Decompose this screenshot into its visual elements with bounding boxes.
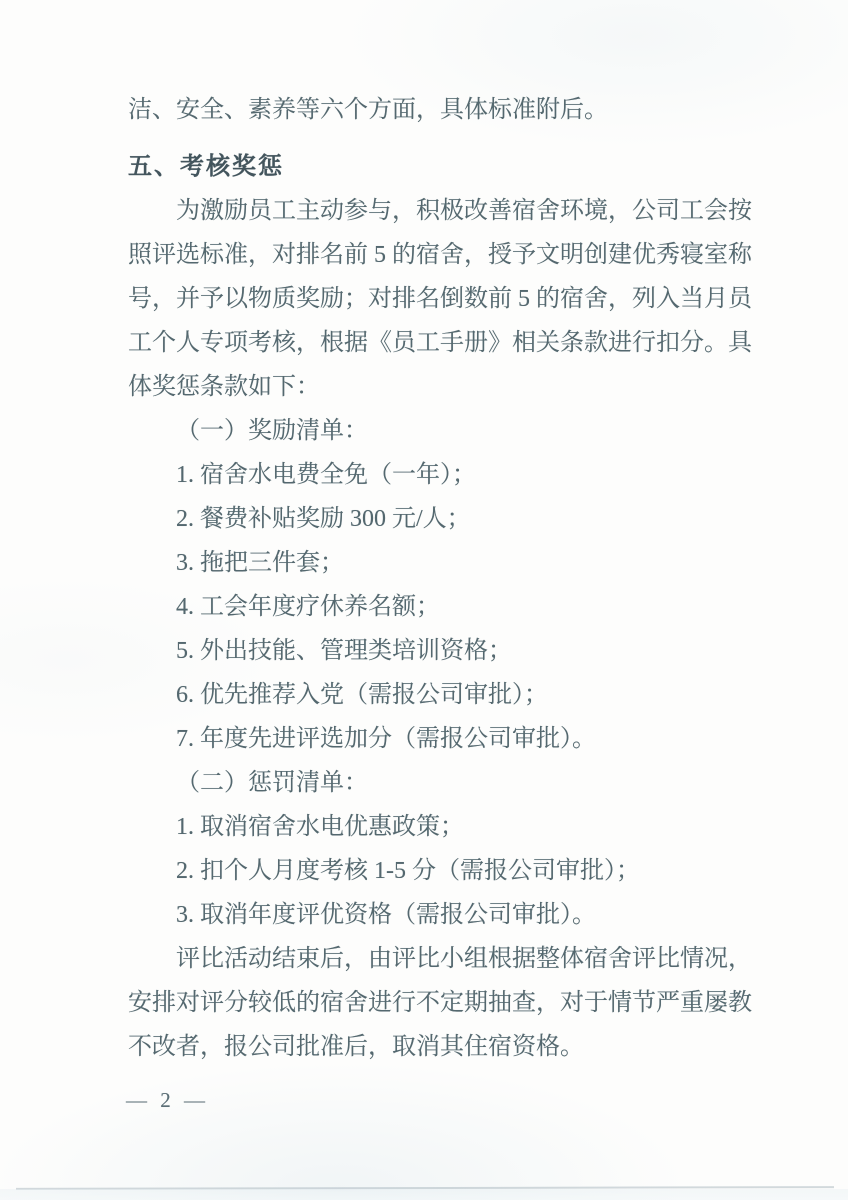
- list-item: 2. 扣个人月度考核 1-5 分（需报公司审批）；: [128, 849, 738, 893]
- text-line: 号，并予以物质奖励；对排名倒数前 5 的宿舍，列入当月员: [128, 277, 738, 321]
- subsection-title: （二）惩罚清单：: [128, 761, 738, 805]
- list-item: 6. 优先推荐入党（需报公司审批）；: [128, 673, 738, 717]
- list-item: 2. 餐费补贴奖励 300 元/人；: [128, 497, 738, 541]
- list-item: 7. 年度先进评选加分（需报公司审批）。: [128, 717, 738, 761]
- section-heading: 五、考核奖惩: [128, 145, 738, 189]
- text-line: 洁、安全、素养等六个方面，具体标准附后。: [128, 88, 738, 132]
- document-body: 洁、安全、素养等六个方面，具体标准附后。 五、考核奖惩 为激励员工主动参与，积极…: [128, 88, 738, 1069]
- list-item: 3. 拖把三件套；: [128, 541, 738, 585]
- text-line: 评比活动结束后，由评比小组根据整体宿舍评比情况，: [128, 937, 738, 981]
- scan-edge-tint: [0, 1189, 848, 1200]
- text-line: 不改者，报公司批准后，取消其住宿资格。: [128, 1025, 738, 1069]
- list-item: 1. 取消宿舍水电优惠政策；: [128, 805, 738, 849]
- scanned-document-page: 洁、安全、素养等六个方面，具体标准附后。 五、考核奖惩 为激励员工主动参与，积极…: [0, 0, 848, 1200]
- text-line: 为激励员工主动参与，积极改善宿舍环境，公司工会按: [128, 189, 738, 233]
- list-item: 3. 取消年度评优资格（需报公司审批）。: [128, 893, 738, 937]
- page-number: — 2 —: [126, 1086, 209, 1114]
- text-line: 工个人专项考核，根据《员工手册》相关条款进行扣分。具: [128, 321, 738, 365]
- text-line: 安排对评分较低的宿舍进行不定期抽查，对于情节严重屡教: [128, 981, 738, 1025]
- list-item: 5. 外出技能、管理类培训资格；: [128, 629, 738, 673]
- list-item: 4. 工会年度疗休养名额；: [128, 585, 738, 629]
- subsection-title: （一）奖励清单：: [128, 409, 738, 453]
- text-line: 照评选标准，对排名前 5 的宿舍，授予文明创建优秀寝室称: [128, 233, 738, 277]
- text-line: 体奖惩条款如下：: [128, 365, 738, 409]
- list-item: 1. 宿舍水电费全免（一年）；: [128, 453, 738, 497]
